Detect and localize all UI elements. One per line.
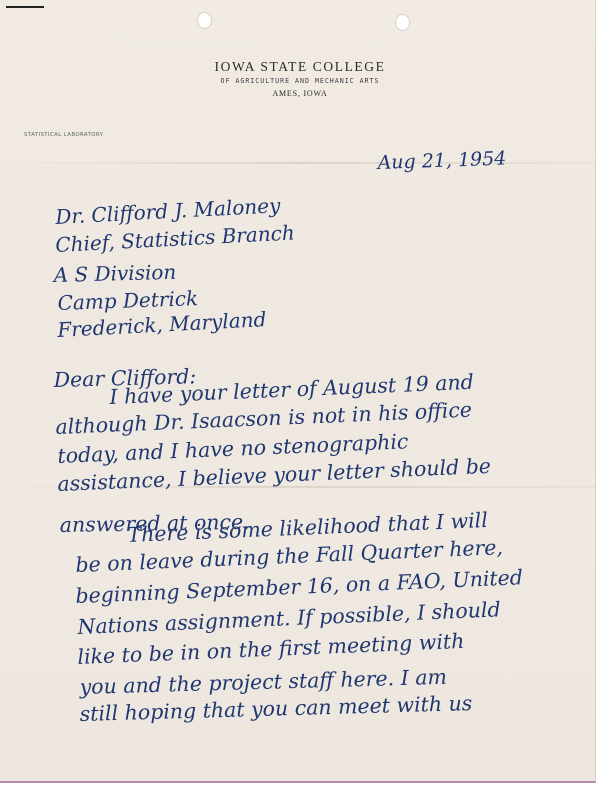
punch-hole-right (395, 14, 410, 31)
recipient-line: Camp Detrick (57, 286, 198, 315)
punch-hole-left (197, 12, 212, 29)
recipient-line: A S Division (53, 260, 176, 287)
institution-subtitle: OF AGRICULTURE AND MECHANIC ARTS (150, 76, 450, 87)
corner-pen-mark (6, 6, 44, 8)
letter-paper: IOWA STATE COLLEGE OF AGRICULTURE AND ME… (0, 0, 596, 783)
scanned-letter: IOWA STATE COLLEGE OF AGRICULTURE AND ME… (0, 0, 600, 789)
letterhead: IOWA STATE COLLEGE OF AGRICULTURE AND ME… (150, 58, 450, 100)
letter-date: Aug 21, 1954 (377, 148, 506, 174)
department-label: STATISTICAL LABORATORY (24, 132, 103, 138)
institution-city: AMES, IOWA (150, 87, 450, 100)
institution-name: IOWA STATE COLLEGE (150, 58, 450, 76)
